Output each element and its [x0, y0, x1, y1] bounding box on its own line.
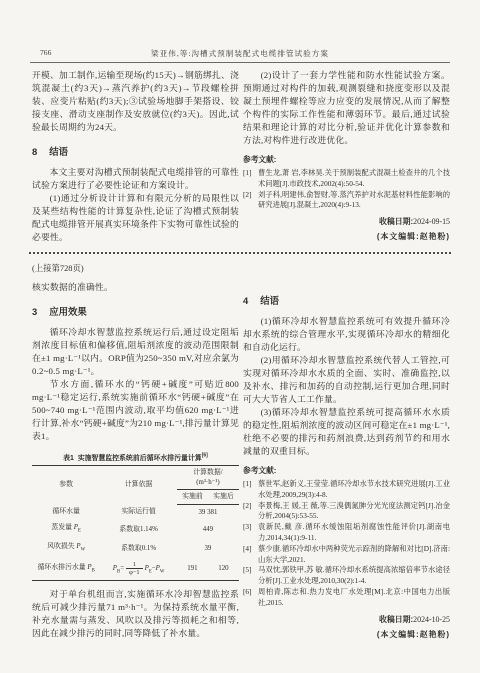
- reference-item: [4]蔡少康.循环冷却水中两种荧光示踪剂的降解和对比[D].济南:山东大学,20…: [243, 544, 450, 566]
- article1-left-column: 开模、加工制作,运输至现场(约15天)→钢筋绑扎、浇筑混凝土(约3天)→蒸汽养护…: [32, 69, 239, 244]
- journal-page: 766 梁亚伟,等:沟槽式预制装配式电缆排管试验方案 开模、加工制作,运输至现场…: [0, 0, 480, 673]
- reference-text: 刘子科,明建伟,俞智财,等.蒸汽养护对水泥基材料性能影响的研究进展[J].混凝土…: [258, 190, 450, 210]
- table-caption-reference: [6]: [202, 453, 208, 459]
- table-cell: 系数取0.1%: [100, 539, 177, 558]
- reference-text: 蔡少康.循环冷却水中两种荧光示踪剂的降解和对比[D].济南:山东大学,2021.: [258, 544, 450, 564]
- reference-marker: [2]: [243, 190, 252, 201]
- reference-marker: [3]: [243, 522, 252, 533]
- references-heading: 参考文献:: [243, 465, 450, 476]
- table-cell: 120: [208, 558, 239, 581]
- paragraph: (3)循环冷却水智慧监控系统可提高循环水水质的稳定性,阻垢剂浓度的波动区间可稳定…: [243, 406, 450, 458]
- editor-line: (本文编辑:赵艳粉): [243, 629, 450, 640]
- reference-item: [5]马双忱,郭铁甲,苏 敏.循环冷却水系统提高浓缩倍率节水途径分析[J].工业…: [243, 565, 450, 587]
- paragraph: (2)用循环冷却水智慧监控系统代替人工管控,可实现对循环冷却水水质的全面、实时、…: [243, 354, 450, 406]
- table-cell: 系数取1.14%: [100, 520, 177, 539]
- reference-item: [2]刘子科,明建伟,俞智财,等.蒸汽养护对水泥基材料性能影响的研究进展[J].…: [243, 190, 450, 212]
- paragraph: (2)设计了一套力学性能和防水性能试验方案。预期通过对构件的加载,观测裂缝和挠度…: [243, 69, 450, 147]
- table-row: 蒸发量 PE 系数取1.14% 449: [32, 520, 239, 539]
- section-number: 4: [243, 295, 248, 306]
- table-header-line1: 计算数据/: [178, 468, 238, 478]
- paragraph: (1)通过分析设计计算和有限元分析的局限性以及某些结构性能的计算复杂性,论证了沟…: [32, 192, 239, 244]
- received-label: 收稿日期:: [379, 615, 413, 624]
- reference-text: 蔡世军,赵新义,王莹莹.循环冷却水节水技术研究进展[J].工业水处理,2009,…: [258, 479, 450, 499]
- paragraph: 节水方面,循环水的“钙硬+碱度”可贴近800 mg·L⁻¹稳定运行,系统实施前循…: [32, 378, 239, 443]
- table-cell: 风吹损失 PW: [32, 539, 100, 558]
- reference-item: [1]曹生龙,萧 岩,李林昊.关于预制装配式混凝土检查井的几个技术问题[J].市…: [243, 168, 450, 190]
- received-date-line: 收稿日期:2024-10-25: [243, 614, 450, 625]
- reference-marker: [6]: [243, 587, 252, 598]
- references-heading: 参考文献:: [243, 154, 450, 165]
- section-number: 3: [32, 306, 37, 317]
- paragraph: (1)循环冷却水智慧监控系统可有效提升循环冷却水系统的综合管理水平,实现循环冷却…: [243, 315, 450, 354]
- page-number: 766: [40, 48, 51, 57]
- editor-line: (本文编辑:赵艳粉): [243, 231, 450, 242]
- table-cell: 循环水量: [32, 504, 100, 520]
- table-header-cell: 计算依据: [100, 466, 177, 505]
- received-date: 2024-10-25: [413, 615, 450, 624]
- reference-text: 马双忱,郭铁甲,苏 敏.循环冷却水系统提高浓缩倍率节水途径分析[J].工业水处理…: [258, 565, 450, 585]
- paragraph: 对于单台机组而言,实施循环水冷却智慧监控系统后可减少排污量71 m³·h⁻¹。为…: [32, 588, 239, 640]
- header-rule: [30, 62, 450, 63]
- article1-right-column: (2)设计了一套力学性能和防水性能试验方案。预期通过对构件的加载,观测裂缝和挠度…: [243, 69, 450, 242]
- article2-right-column: 4结语 (1)循环冷却水智慧监控系统可有效提升循环冷却水系统的综合管理水平,实现…: [243, 260, 450, 640]
- reference-text: 曹生龙,萧 岩,李林昊.关于预制装配式混凝土检查井的几个技术问题[J].市政技术…: [258, 168, 450, 188]
- section-title: 结语: [49, 146, 68, 157]
- paragraph: 循环冷却水智慧监控系统运行后,通过设定阻垢剂浓度目标值和偏移值,阻垢剂浓度的波动…: [32, 326, 239, 378]
- table-cell: 39 381: [177, 504, 239, 520]
- table-header-cell: 参数: [32, 466, 100, 505]
- blowdown-formula: PB=1φ−1PE−PW: [113, 565, 165, 572]
- reference-text: 李景梅,王 媛,王 薇,等.三溴偶氮胂分光光度法测定钙[J].冶金分析,2004…: [258, 501, 450, 521]
- article2-left-column: (上接第728页) 核实数据的准确性。 3应用效果 循环冷却水智慧监控系统运行后…: [32, 260, 239, 640]
- table-cell: 循环水排污水量 PB: [32, 558, 100, 581]
- reference-marker: [2]: [243, 501, 252, 512]
- received-label: 收稿日期:: [379, 217, 413, 226]
- section-number: 8: [32, 146, 37, 157]
- section-title: 结语: [260, 295, 279, 306]
- table-row: 循环水量 实际运行值 39 381: [32, 504, 239, 520]
- table-cell: 蒸发量 PE: [32, 520, 100, 539]
- table-header-group: 计算数据/ (m³·h⁻¹): [177, 466, 239, 490]
- running-title: 梁亚伟,等:沟槽式预制装配式电缆排管试验方案: [30, 48, 450, 59]
- section-heading-4: 4结语: [243, 293, 450, 307]
- table1-caption: 表1 实施智慧监控系统前后循环水排污量计算[6]: [32, 452, 239, 462]
- table-cell-formula: PB=1φ−1PE−PW: [100, 558, 177, 581]
- table-header-cell: 实施后: [208, 490, 239, 505]
- reference-text: 周柏青,陈志和.热力发电厂水处理[M].北京:中国电力出版社,2015.: [258, 587, 450, 607]
- reference-marker: [1]: [243, 168, 252, 179]
- paragraph-continuation: 开模、加工制作,运输至现场(约15天)→钢筋绑扎、浇筑混凝土(约3天)→蒸汽养护…: [32, 69, 239, 134]
- reference-marker: [4]: [243, 544, 252, 555]
- table-row: 循环水排污水量 PB PB=1φ−1PE−PW 191 120: [32, 558, 239, 581]
- continued-from-note: (上接第728页): [32, 262, 239, 274]
- table-cell: 39: [177, 539, 239, 558]
- reference-item: [2]李景梅,王 媛,王 薇,等.三溴偶氮胂分光光度法测定钙[J].冶金分析,2…: [243, 501, 450, 523]
- reference-item: [1]蔡世军,赵新义,王莹莹.循环冷却水节水技术研究进展[J].工业水处理,20…: [243, 479, 450, 501]
- section-title: 应用效果: [49, 306, 87, 317]
- page-header: 766 梁亚伟,等:沟槽式预制装配式电缆排管试验方案: [30, 48, 450, 59]
- section-heading-8: 8结语: [32, 144, 239, 158]
- paragraph: 本文主要对沟槽式预制装配式电缆排管的可靠性试验方案进行了必要性论证和方案设计。: [32, 166, 239, 192]
- table-header-cell: 实施前: [177, 490, 208, 505]
- table1: 参数 计算依据 计算数据/ (m³·h⁻¹) 实施前 实施后 循环水量 实际运行…: [32, 465, 239, 581]
- paragraph-lead: 核实数据的准确性。: [32, 281, 239, 294]
- article-separator: [29, 252, 451, 254]
- table-row: 风吹损失 PW 系数取0.1% 39: [32, 539, 239, 558]
- reference-marker: [5]: [243, 565, 252, 576]
- reference-text: 袁新民,戴 彦.循环水缓蚀阻垢剂腐蚀性能评价[J].湖南电力,2014,34(1…: [258, 522, 450, 542]
- received-date: 2024-09-15: [413, 217, 450, 226]
- reference-marker: [1]: [243, 479, 252, 490]
- table-caption-prefix: 表1: [63, 455, 74, 462]
- table-cell: 实际运行值: [100, 504, 177, 520]
- section-heading-3: 3应用效果: [32, 304, 239, 318]
- table-caption-text: 实施智慧监控系统前后循环水排污量计算: [78, 455, 202, 462]
- received-date-line: 收稿日期:2024-09-15: [243, 216, 450, 227]
- table-cell: 191: [177, 558, 208, 581]
- table-header-line2: (m³·h⁻¹): [178, 478, 238, 488]
- reference-item: [6]周柏青,陈志和.热力发电厂水处理[M].北京:中国电力出版社,2015.: [243, 587, 450, 609]
- table-cell: 449: [177, 520, 239, 539]
- reference-item: [3]袁新民,戴 彦.循环水缓蚀阻垢剂腐蚀性能评价[J].湖南电力,2014,3…: [243, 522, 450, 544]
